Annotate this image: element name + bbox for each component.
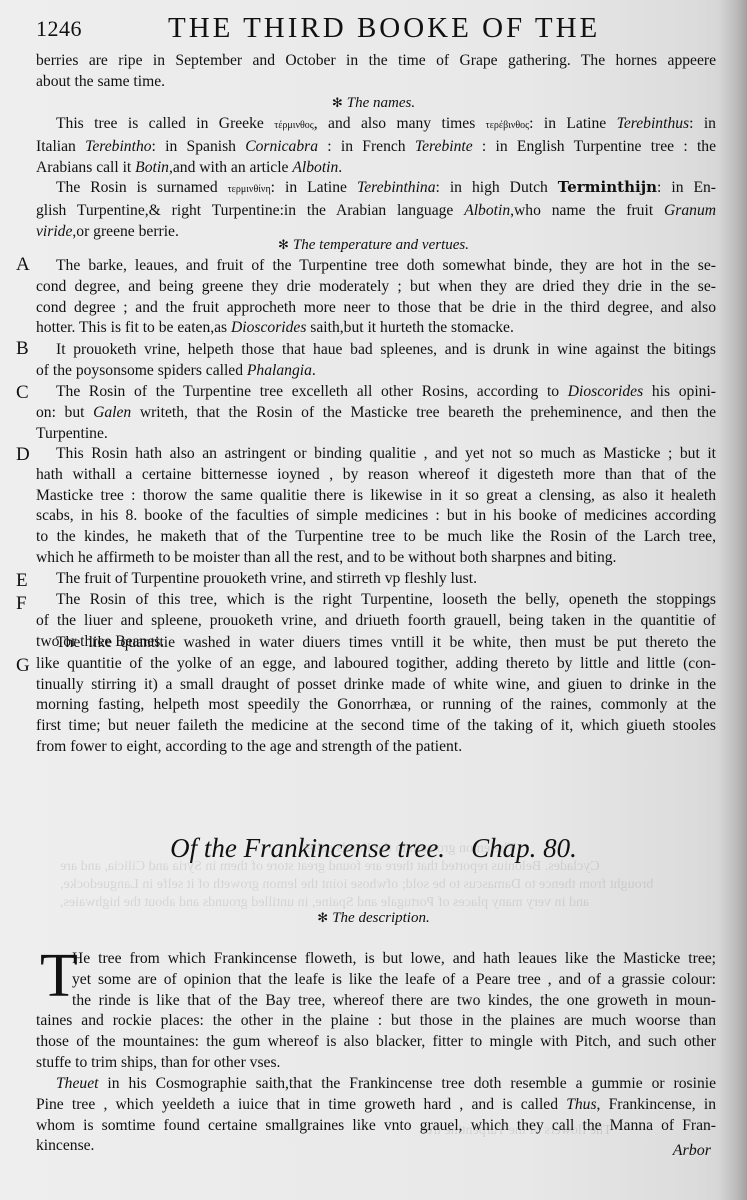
page-edge-shadow [719,0,747,1200]
names-paragraph-2: The Rosin is surnamed τερμινθίνη: in Lat… [36,177,716,242]
text-line: berries are ripe in September and Octobe… [36,51,716,72]
margin-letter-f: F [16,593,27,615]
section-a: The barke, leaues, and fruit of the Turp… [36,256,716,339]
text-line: scabs, in his 8. booke of the faculties … [36,506,716,527]
running-head: THE THIRD BOOKE OF THE [168,12,600,45]
text-line: hath withall a certaine bitternesse ioyn… [36,465,716,486]
text-line: Italian Terebintho: in Spanish Cornicabr… [36,137,716,158]
ornament-icon: ✻ [317,910,328,925]
text-line: Masticke tree : thorow the same qualitie… [36,486,716,507]
names-heading: ✻The names. [0,95,747,112]
section-c: The Rosin of the Turpentine tree excelle… [36,382,716,444]
description-heading: ✻The description. [0,910,747,927]
catchword: Arbor [673,1142,711,1160]
text-line: Turpentine. [36,424,716,445]
text-line: yet some are of opinion that the leafe i… [36,970,716,991]
ornament-icon: ✻ [278,237,289,252]
section-b: It prouoketh vrine, helpeth those that h… [36,340,716,382]
bleed-through-text: and in very many places of Portugale and… [60,894,589,911]
text-line: like quantitie of the yolke of an egge, … [36,654,716,675]
text-line: cond degree, and being greene they drie … [36,277,716,298]
text-line: to the kindes, he maketh that of the Tur… [36,527,716,548]
text-line: kincense. [36,1136,716,1157]
text-line: of the liuer and spleene, prouoketh vrin… [36,611,716,632]
text-line: Pine tree , which yeeldeth a iuice that … [36,1095,716,1116]
ornament-icon: ✻ [332,95,343,110]
margin-letter-g: G [16,655,30,677]
text-line: The like quantitie washed in water diuer… [36,633,716,654]
text-line: on: but Galen writeth, that the Rosin of… [36,403,716,424]
text-line: The fruit of Turpentine prouoketh vrine,… [36,569,716,590]
text-line: hotter. This is fit to be eaten,as Diosc… [36,318,716,339]
margin-letter-b: B [16,338,29,360]
description-paragraph-2: Theuet in his Cosmographie saith,that th… [36,1074,716,1157]
text-line: The barke, leaues, and fruit of the Turp… [36,256,716,277]
page-header: 1246 THE THIRD BOOKE OF THE [36,10,716,44]
text-line: glish Turpentine,& right Turpentine:in t… [36,201,716,222]
text-line: about the same time. [36,72,716,93]
margin-letter-c: C [16,382,29,404]
text-line: those of the mountaines: the gum whereof… [36,1032,716,1053]
heading-text: The description. [332,910,430,926]
chapter-number: Chap. 80. [471,833,577,863]
text-line: cond degree ; and the fruit approcheth m… [36,298,716,319]
text-line: This tree is called in Greeke τέρμινθος,… [36,114,716,137]
temperature-heading: ✻The temperature and vertues. [0,237,747,254]
text-line: tinually stirring it) a small draught of… [36,675,716,696]
page-number: 1246 [36,16,82,42]
text-line: stuffe to trim ships, than for other vse… [36,1053,716,1074]
section-d: This Rosin hath also an astringent or bi… [36,444,716,569]
text-line: This Rosin hath also an astringent or bi… [36,444,716,465]
section-e: The fruit of Turpentine prouoketh vrine,… [36,569,716,590]
section-g: The like quantitie washed in water diuer… [36,633,716,758]
text-line: whom is somtime found certaine smallgrai… [36,1116,716,1137]
bleed-through-text: brought from thence to Damascus to be so… [60,876,653,893]
text-line: It prouoketh vrine, helpeth those that h… [36,340,716,361]
text-line: first time; but neuer faileth the medici… [36,716,716,737]
margin-letter-a: A [16,254,30,276]
text-line: which he affirmeth to be moister than al… [36,548,716,569]
text-line: The Rosin is surnamed τερμινθίνη: in Lat… [36,177,716,201]
book-page: Thelemon groweth in the Ilands called Cy… [0,0,747,1200]
heading-text: The names. [347,95,415,111]
text-line: the rinde is like that of the Bay tree, … [36,991,716,1012]
text-line: The Rosin of this tree, which is the rig… [36,590,716,611]
chapter-name: Of the Frankincense tree. [170,833,445,863]
chapter-title: Of the Frankincense tree.Chap. 80. [0,833,747,864]
text-line: taines and rockie places: the other in t… [36,1011,716,1032]
text-line: from fower to eight, according to the ag… [36,737,716,758]
text-line: of the poysonsome spiders called Phalang… [36,361,716,382]
text-line: Arabians call it Botin,and with an artic… [36,158,716,179]
text-line: The Rosin of the Turpentine tree excelle… [36,382,716,403]
text-line: morning fasting, helpeth most speedily t… [36,695,716,716]
intro-paragraph: berries are ripe in September and Octobe… [36,51,716,93]
text-line: He tree from which Frankincense floweth,… [36,949,716,970]
margin-letter-d: D [16,444,30,466]
margin-letter-e: E [16,570,28,592]
names-paragraph-1: This tree is called in Greeke τέρμινθος,… [36,114,716,178]
text-line: Theuet in his Cosmographie saith,that th… [36,1074,716,1095]
description-paragraph-1: He tree from which Frankincense floweth,… [36,949,716,1074]
heading-text: The temperature and vertues. [293,237,469,253]
